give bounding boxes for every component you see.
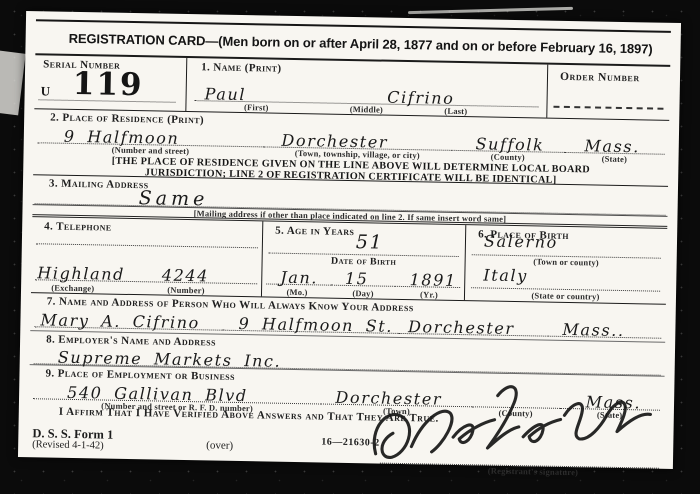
residence-town-value: Dorchester: [281, 131, 388, 152]
caption-number: (Number): [167, 285, 205, 296]
residence-state-value: Mass.: [584, 136, 640, 156]
telephone-cell: 4. Telephone Highland 4244 (Exchange) (N…: [31, 217, 263, 296]
name-label: 1. Name (Print): [187, 58, 547, 80]
age-value: 51: [356, 231, 384, 253]
form-id-block: D. S. S. Form 1 (Revised 4-1-42): [32, 427, 113, 452]
dob-year-value: 1891: [409, 270, 456, 290]
residence-county-line: Suffolk: [451, 131, 564, 153]
contact-street-line: 9 Halfmoon St.: [222, 311, 398, 334]
card-title: REGISTRATION CARD—(Men born on or after …: [69, 31, 653, 57]
caption-day: (Day): [352, 288, 373, 298]
serial-number-line: U 119: [39, 65, 177, 103]
birth-country-value: Italy: [483, 265, 528, 285]
caption-year: (Yr.): [420, 289, 438, 299]
scan-edge-artifact: [0, 51, 26, 116]
form-revision: (Revised 4-1-42): [32, 439, 113, 452]
dob-day-value: 15: [345, 269, 369, 288]
employment-street-value: 540 Gallivan Blvd: [67, 383, 248, 405]
serial-prefix-value: U: [41, 83, 51, 99]
registrant-signature: [363, 370, 666, 476]
dob-month-value: Jan.: [280, 268, 318, 288]
contact-name-value: Mary A. Cifrino: [40, 310, 200, 332]
registration-card: REGISTRATION CARD—(Men born on or after …: [18, 11, 681, 469]
order-number-label: Order Number: [548, 65, 670, 85]
place-of-birth-cell: 6. Place of Birth Salerno (Town or count…: [465, 225, 667, 304]
mailing-address-value: Same: [139, 187, 209, 210]
contact-state-line: Mass..: [548, 317, 661, 339]
employment-street-line: 540 Gallivan Blvd: [33, 379, 322, 404]
telephone-blank-line: [36, 243, 258, 248]
contact-town-value: Dorchester: [408, 317, 515, 338]
residence-town-line: Dorchester: [263, 127, 451, 150]
residence-state-line: Mass.: [564, 133, 665, 155]
caption-last: (Last): [444, 106, 467, 116]
name-cell: 1. Name (Print) Paul Cifrino (First) (Mi…: [186, 58, 548, 118]
residence-street-line: 9 Halfmoon: [38, 123, 264, 147]
scan-background: REGISTRATION CARD—(Men born on or after …: [0, 0, 700, 494]
telephone-label: 4. Telephone: [32, 217, 262, 236]
telephone-number-value: 4244: [162, 266, 209, 286]
contact-street-value: 9 Halfmoon St.: [238, 314, 393, 336]
dob-month-line: Jan.: [266, 266, 331, 285]
order-number-cell: Order Number: [547, 65, 670, 120]
serial-number-cell: Serial Number U 119: [34, 55, 187, 111]
contact-state-value: Mass..: [562, 320, 624, 340]
order-number-line: [553, 106, 663, 110]
contact-town-line: Dorchester: [398, 314, 549, 337]
date-of-birth-line: Jan. 15 1891: [266, 266, 460, 288]
residence-street-value: 9 Halfmoon: [64, 127, 180, 148]
scan-scratch-artifact: [408, 7, 573, 14]
serial-number-value: 119: [72, 66, 143, 103]
row-serial-name-order: Serial Number U 119 1. Name (Print) Paul…: [34, 53, 670, 121]
row-telephone-age-birth: 4. Telephone Highland 4244 (Exchange) (N…: [31, 217, 667, 305]
contact-name-line: Mary A. Cifrino: [34, 307, 222, 330]
caption-month: (Mo.): [286, 287, 307, 297]
registration-form: REGISTRATION CARD—(Men born on or after …: [28, 14, 671, 466]
age-cell: 5. Age in Years 51 Date of Birth Jan. 15…: [262, 221, 466, 300]
residence-county-value: Suffolk: [475, 134, 544, 154]
birth-town-value: Salerno: [484, 231, 558, 251]
dob-day-line: 15: [331, 268, 396, 287]
telephone-exchange-value: Highland: [37, 263, 125, 284]
row-residence: 2. Place of Residence (Print) 9 Halfmoon…: [33, 111, 669, 187]
caption-first: (First): [244, 102, 269, 112]
telephone-fill-line: Highland 4244: [35, 259, 257, 284]
over-note: (over): [206, 439, 233, 451]
caption-exchange: (Exchange): [51, 283, 94, 294]
caption-middle: (Middle): [350, 104, 383, 115]
telephone-captions: (Exchange) (Number): [35, 282, 257, 296]
dob-year-line: 1891: [395, 269, 460, 288]
